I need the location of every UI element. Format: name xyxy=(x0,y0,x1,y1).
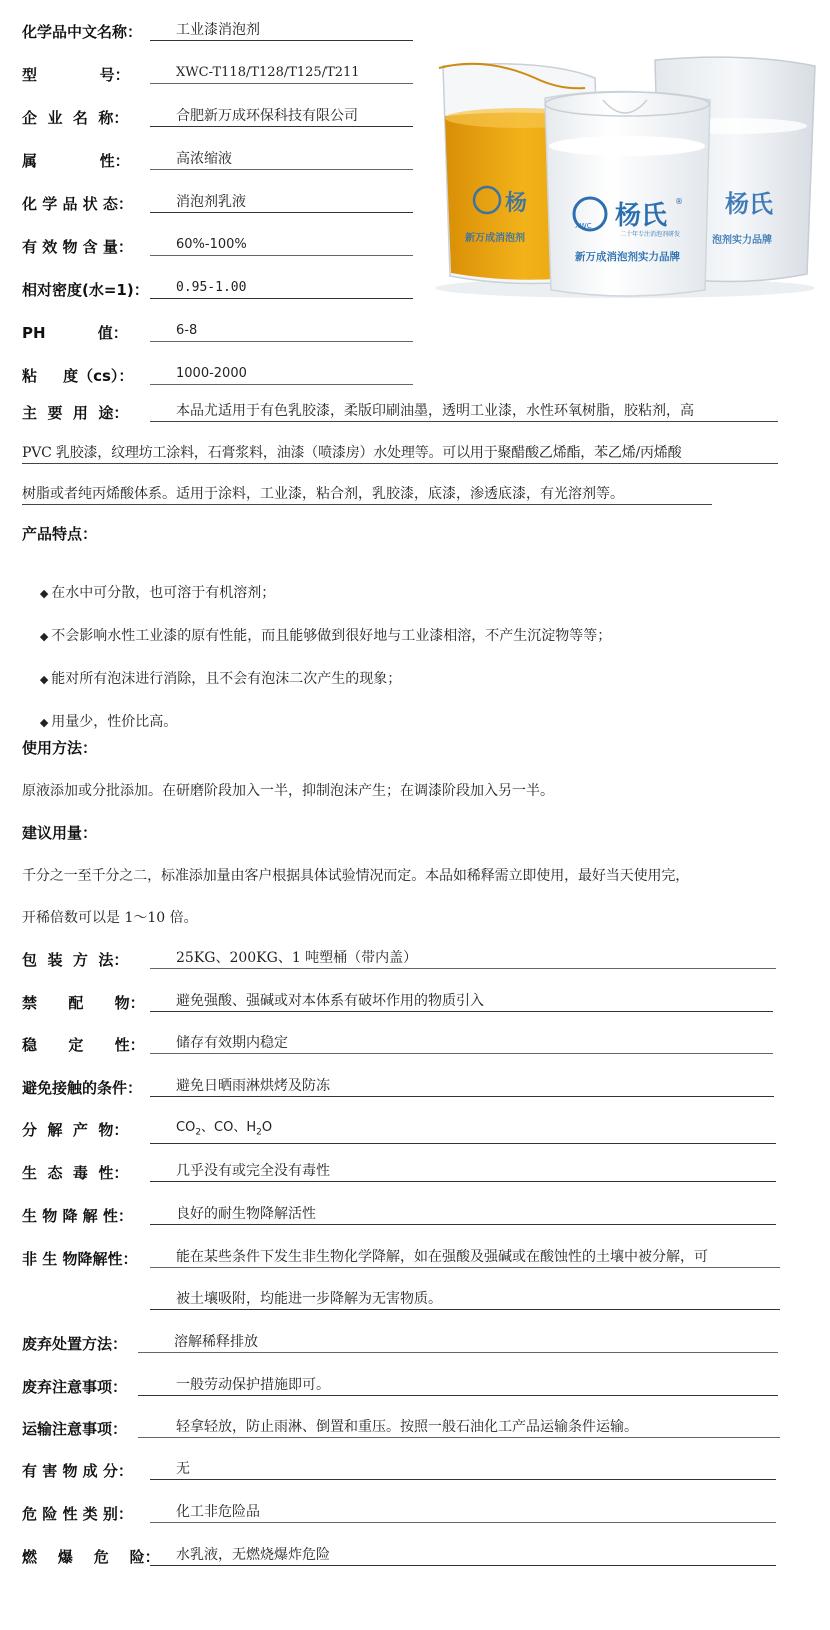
prop-value-stability: 储存有效期内稳定 xyxy=(150,1033,773,1054)
prop-value-avoid-conditions: 避免日晒雨淋烘烤及防冻 xyxy=(150,1076,774,1097)
prop-avoid-conditions: 避免接触的条件： xyxy=(22,1072,142,1098)
field-label: 企 业 名 称： xyxy=(22,108,128,128)
field-value-chinese-name: 工业漆消泡剂 xyxy=(150,20,413,41)
prop-value-hazardous-components: 无 xyxy=(150,1459,776,1480)
svg-text:®: ® xyxy=(675,197,683,206)
prop-value-packaging: 25KG、200KG、1 吨塑桶（带内盖） xyxy=(150,948,776,969)
field-label: 属 性： xyxy=(22,151,130,171)
prop-value-fire-explosion: 水乳液，无燃烧爆炸危险 xyxy=(150,1545,776,1566)
diamond-bullet-icon: ◆ xyxy=(40,587,48,600)
prop-value-incompatible: 避免强酸、强碱或对本体系有破坏作用的物质引入 xyxy=(150,991,773,1012)
beakers-illustration: XWC 杨氏 ® 二十年专注消泡剂研发 新万成消泡剂实力品牌 杨氏 泡剂实力品牌… xyxy=(425,38,825,298)
prop-value-abiotic-degradation-line2: 被土壤吸附，均能进一步降解为无害物质。 xyxy=(150,1289,780,1310)
prop-label: 禁 配 物： xyxy=(22,993,145,1013)
svg-text:杨氏: 杨氏 xyxy=(725,190,774,218)
svg-text:杨: 杨 xyxy=(505,190,527,216)
prop-value-disposal-method: 溶解稀释排放 xyxy=(138,1332,778,1353)
feature-text: 用量少，性价比高。 xyxy=(51,714,177,730)
prop-label: 稳 定 性： xyxy=(22,1035,145,1055)
prop-hazard-class: 危 险 性 类 别： xyxy=(22,1498,133,1524)
field-chinese-name: 化学品中文名称： xyxy=(22,16,142,42)
feature-text: 不会影响水性工业漆的原有性能，而且能够做到很好地与工业漆相溶，不产生沉淀物等等； xyxy=(51,628,611,644)
prop-label: 生 物 降 解 性： xyxy=(22,1206,133,1226)
dosage-heading: 建议用量： xyxy=(22,822,97,843)
product-image: XWC 杨氏 ® 二十年专注消泡剂研发 新万成消泡剂实力品牌 杨氏 泡剂实力品牌… xyxy=(425,38,825,298)
prop-ecotoxicity: 生 态 毒 性： xyxy=(22,1157,128,1183)
main-use-label: 主 要 用 途： xyxy=(22,403,128,423)
feature-text: 能对所有泡沫进行消除，且不会有泡沫二次产生的现象； xyxy=(51,671,401,687)
prop-label: 非 生 物降解性： xyxy=(22,1249,137,1269)
field-label: PH 值： xyxy=(22,323,128,343)
usage-heading: 使用方法： xyxy=(22,737,97,758)
field-value-company: 合肥新万成环保科技有限公司 xyxy=(150,106,413,127)
field-value-viscosity: 1000-2000 xyxy=(150,364,413,385)
prop-abiotic-degradation: 非 生 物降解性： xyxy=(22,1243,137,1269)
prop-transport-notes: 运输注意事项： xyxy=(22,1413,127,1439)
diamond-bullet-icon: ◆ xyxy=(40,630,48,643)
main-use-label-row: 主 要 用 途： xyxy=(22,397,128,423)
diamond-bullet-icon: ◆ xyxy=(40,716,48,729)
field-label: 化学品中文名称： xyxy=(22,22,142,42)
svg-text:XWC: XWC xyxy=(575,222,592,230)
diamond-bullet-icon: ◆ xyxy=(40,673,48,686)
prop-label: 燃 爆 危 险： xyxy=(22,1547,160,1567)
prop-label: 废弃注意事项： xyxy=(22,1377,127,1397)
prop-label: 有 害 物 成 分： xyxy=(22,1461,133,1481)
prop-value-biodegradability: 良好的耐生物降解活性 xyxy=(150,1204,776,1225)
svg-text:新万成消泡剂实力品牌: 新万成消泡剂实力品牌 xyxy=(575,250,680,263)
field-value-density: 0.95-1.00 xyxy=(150,278,413,299)
field-value-content: 60%-100% xyxy=(150,235,413,256)
field-company: 企 业 名 称： xyxy=(22,102,128,128)
svg-text:杨氏: 杨氏 xyxy=(615,200,668,231)
feature-text: 在水中可分散，也可溶于有机溶剂； xyxy=(51,585,275,601)
dosage-line-2: 开稀倍数可以是 1～10 倍。 xyxy=(22,907,198,927)
field-value-property: 高浓缩液 xyxy=(150,149,413,170)
field-label: 有 效 物 含 量： xyxy=(22,237,133,257)
prop-value-transport-notes: 轻拿轻放，防止雨淋、倒置和重压。按照一般石油化工产品运输条件运输。 xyxy=(138,1417,780,1438)
prop-label: 危 险 性 类 别： xyxy=(22,1504,133,1524)
main-use-line-2: PVC 乳胶漆，纹理坊工涂料，石膏浆料，油漆（喷漆房）水处理等。可以用于聚醋酸乙… xyxy=(22,443,778,464)
field-content: 有 效 物 含 量： xyxy=(22,231,133,257)
prop-biodegradability: 生 物 降 解 性： xyxy=(22,1200,133,1226)
field-label: 相对密度(水=1)： xyxy=(22,280,149,300)
prop-value-disposal-notes: 一般劳动保护措施即可。 xyxy=(138,1375,778,1396)
prop-label: 避免接触的条件： xyxy=(22,1078,142,1098)
svg-text:二十年专注消泡剂研发: 二十年专注消泡剂研发 xyxy=(620,230,680,238)
prop-value-ecotoxicity: 几乎没有或完全没有毒性 xyxy=(150,1161,776,1182)
field-value-state: 消泡剂乳液 xyxy=(150,192,413,213)
field-model: 型 号： xyxy=(22,59,130,85)
prop-value-decomposition: CO2、CO、H2O xyxy=(150,1118,776,1144)
field-viscosity: 粘 度（cs）： xyxy=(22,360,133,386)
svg-text:新万成消泡剂: 新万成消泡剂 xyxy=(465,231,525,244)
main-use-line-1: 本品尤适用于有色乳胶漆，柔版印刷油墨，透明工业漆，水性环氧树脂，胶粘剂，高 xyxy=(150,401,778,422)
prop-value-hazard-class: 化工非危险品 xyxy=(150,1502,776,1523)
prop-fire-explosion: 燃 爆 危 险： xyxy=(22,1541,160,1567)
prop-label: 运输注意事项： xyxy=(22,1419,127,1439)
field-label: 型 号： xyxy=(22,65,130,85)
usage-text: 原液添加或分批添加。在研磨阶段加入一半，抑制泡沫产生；在调漆阶段加入另一半。 xyxy=(22,780,554,800)
prop-label: 废弃处置方法： xyxy=(22,1334,127,1354)
prop-disposal-notes: 废弃注意事项： xyxy=(22,1371,127,1397)
prop-value-abiotic-degradation: 能在某些条件下发生非生物化学降解，如在强酸及强碱或在酸蚀性的土壤中被分解，可 xyxy=(150,1247,780,1268)
prop-incompatible: 禁 配 物： xyxy=(22,987,145,1013)
main-use-line-3: 树脂或者纯丙烯酸体系。适用于涂料，工业漆，粘合剂，乳胶漆，底漆，渗透底漆，有光溶… xyxy=(22,484,712,505)
features-heading: 产品特点： xyxy=(22,523,97,544)
field-label: 化 学 品 状 态： xyxy=(22,194,133,214)
field-state: 化 学 品 状 态： xyxy=(22,188,133,214)
prop-label: 包 装 方 法： xyxy=(22,950,128,970)
field-ph: PH 值： xyxy=(22,317,128,343)
prop-packaging: 包 装 方 法： xyxy=(22,944,128,970)
svg-text:泡剂实力品牌: 泡剂实力品牌 xyxy=(712,233,772,246)
field-value-model: XWC-T118/T128/T125/T211 xyxy=(150,63,413,84)
prop-disposal-method: 废弃处置方法： xyxy=(22,1328,127,1354)
field-property: 属 性： xyxy=(22,145,130,171)
dosage-line-1: 千分之一至千分之二，标准添加量由客户根据具体试验情况而定。本品如稀释需立即使用，… xyxy=(22,865,689,885)
prop-stability: 稳 定 性： xyxy=(22,1029,145,1055)
field-label: 粘 度（cs）： xyxy=(22,366,133,386)
field-value-ph: 6-8 xyxy=(150,321,413,342)
field-density: 相对密度(水=1)： xyxy=(22,274,149,300)
prop-decomposition: 分 解 产 物： xyxy=(22,1114,128,1140)
prop-label: 分 解 产 物： xyxy=(22,1120,128,1140)
prop-label: 生 态 毒 性： xyxy=(22,1163,128,1183)
prop-hazardous-components: 有 害 物 成 分： xyxy=(22,1455,133,1481)
